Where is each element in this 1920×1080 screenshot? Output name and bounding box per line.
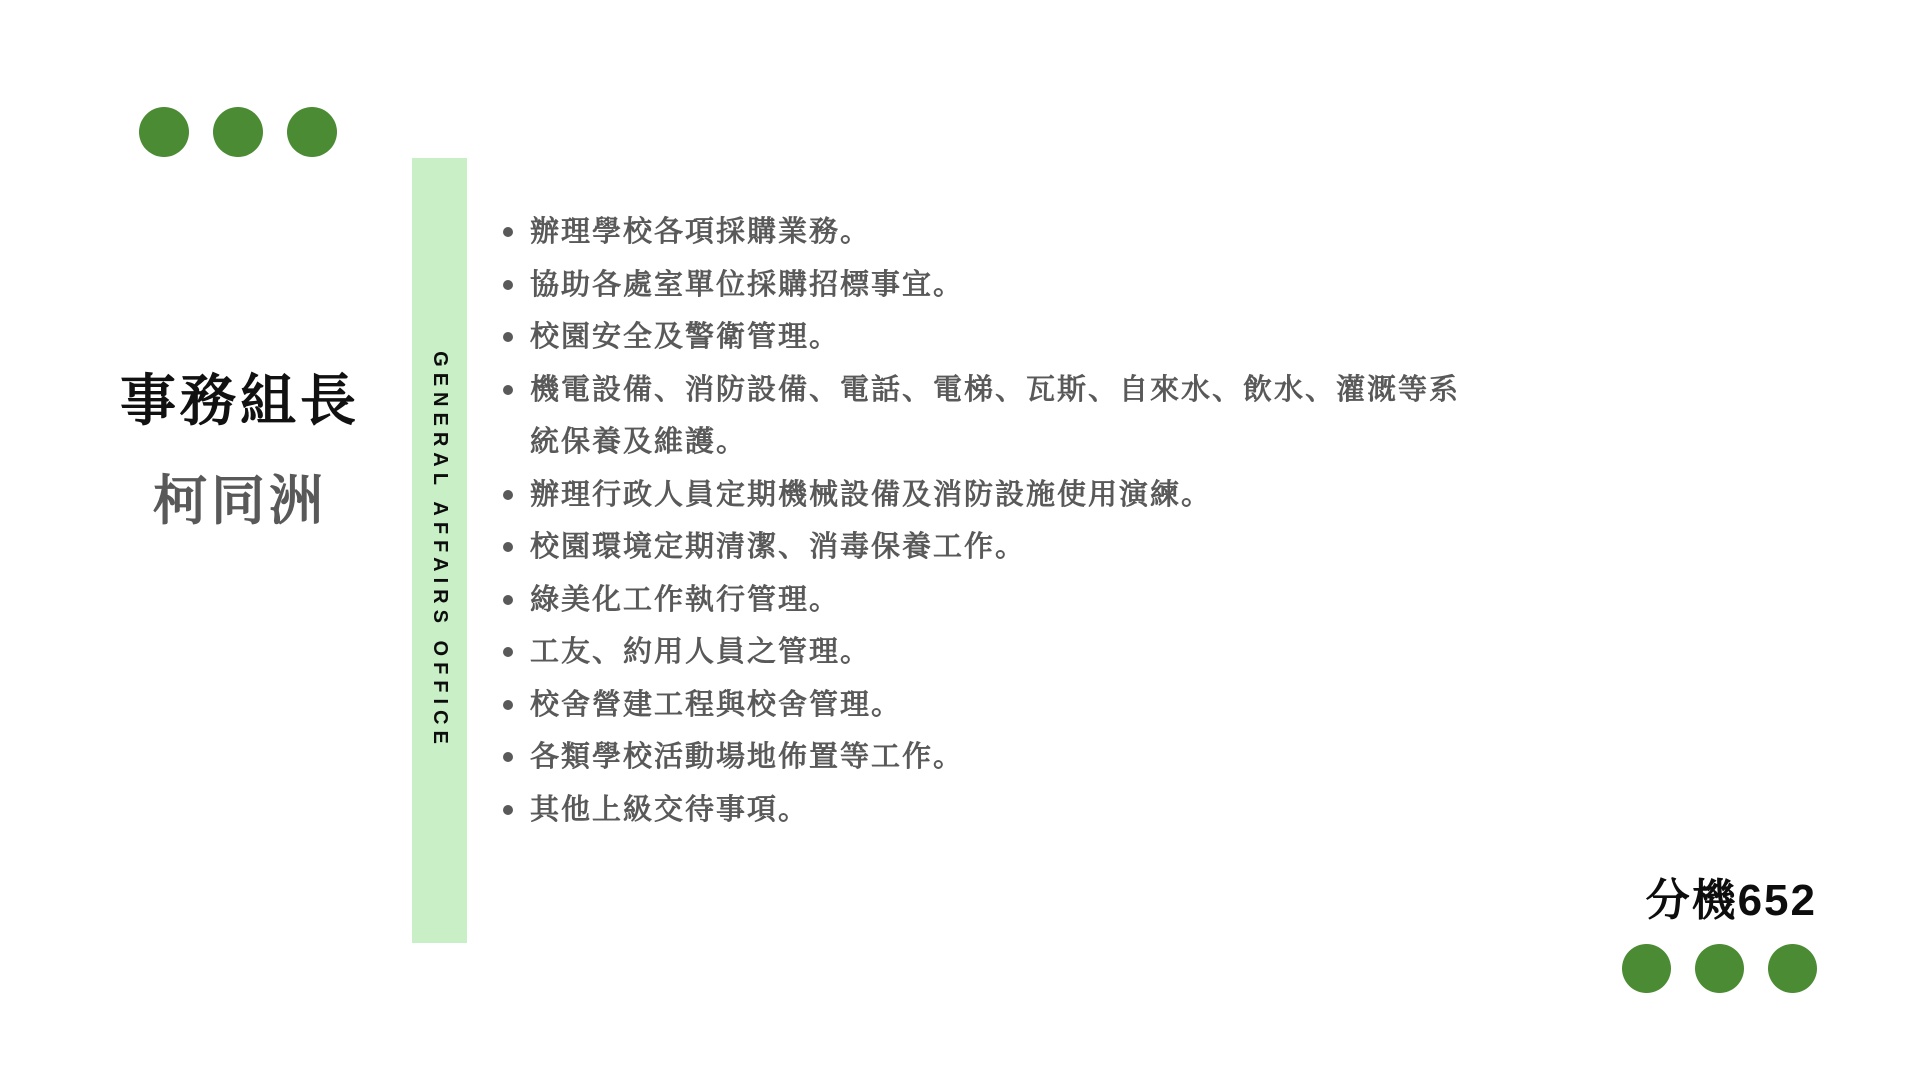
- duty-list-item: 校園安全及警衛管理。: [494, 311, 1470, 364]
- green-dot-icon: [139, 107, 189, 157]
- slide: 事務組長 柯同洲 GENERAL AFFAIRS OFFICE 辦理學校各項採購…: [0, 0, 1920, 1080]
- phone-extension: 分機652: [1646, 864, 1817, 928]
- duty-list-item: 其他上級交待事項。: [494, 784, 1470, 837]
- duty-list-item: 辦理學校各項採購業務。: [494, 206, 1470, 259]
- green-dot-icon: [287, 107, 337, 157]
- duty-list-item: 綠美化工作執行管理。: [494, 574, 1470, 627]
- vertical-ribbon: GENERAL AFFAIRS OFFICE: [412, 158, 467, 943]
- duty-list-item: 工友、約用人員之管理。: [494, 626, 1470, 679]
- duty-list-item: 機電設備、消防設備、電話、電梯、瓦斯、自來水、飲水、灌溉等系統保養及維護。: [494, 364, 1470, 469]
- decorative-dots-bottom-right: [1622, 944, 1817, 993]
- duties-list: 辦理學校各項採購業務。協助各處室單位採購招標事宜。校園安全及警衛管理。機電設備、…: [494, 206, 1470, 836]
- person-name: 柯同洲: [40, 472, 440, 531]
- duty-list-item: 辦理行政人員定期機械設備及消防設施使用演練。: [494, 469, 1470, 522]
- duty-list-item: 校園環境定期清潔、消毒保養工作。: [494, 521, 1470, 574]
- position-title: 事務組長: [40, 370, 440, 432]
- green-dot-icon: [1768, 944, 1817, 993]
- green-dot-icon: [213, 107, 263, 157]
- decorative-dots-top-left: [139, 107, 337, 157]
- duty-list-item: 校舍營建工程與校舍管理。: [494, 679, 1470, 732]
- green-dot-icon: [1622, 944, 1671, 993]
- green-dot-icon: [1695, 944, 1744, 993]
- duty-list-item: 各類學校活動場地佈置等工作。: [494, 731, 1470, 784]
- duty-list-item: 協助各處室單位採購招標事宜。: [494, 259, 1470, 312]
- office-name-vertical-label: GENERAL AFFAIRS OFFICE: [428, 351, 451, 750]
